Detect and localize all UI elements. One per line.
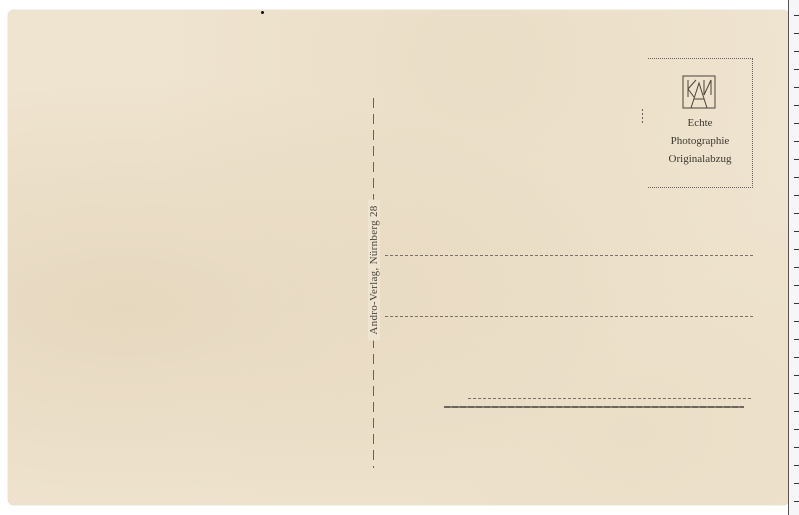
stamp-text-originalabzug: Originalabzug xyxy=(648,153,752,165)
address-line-2 xyxy=(385,316,753,317)
stamp-box-left-mark xyxy=(642,109,643,123)
address-line-1 xyxy=(385,255,753,256)
publisher-imprint: Andro-Verlag, Nürnberg 28 xyxy=(368,199,380,340)
scan-ruler xyxy=(788,0,799,515)
stamp-text-echte: Echte xyxy=(648,117,752,129)
stamp-box: Echte Photographie Originalabzug xyxy=(648,58,753,188)
postcard-back: Andro-Verlag, Nürnberg 28 Echte Photogra… xyxy=(8,10,789,505)
kan-logo-icon xyxy=(682,75,716,109)
address-line-3 xyxy=(468,398,753,399)
ink-speck xyxy=(261,11,264,14)
address-line-4 xyxy=(444,406,744,408)
stamp-text-photographie: Photographie xyxy=(648,135,752,147)
